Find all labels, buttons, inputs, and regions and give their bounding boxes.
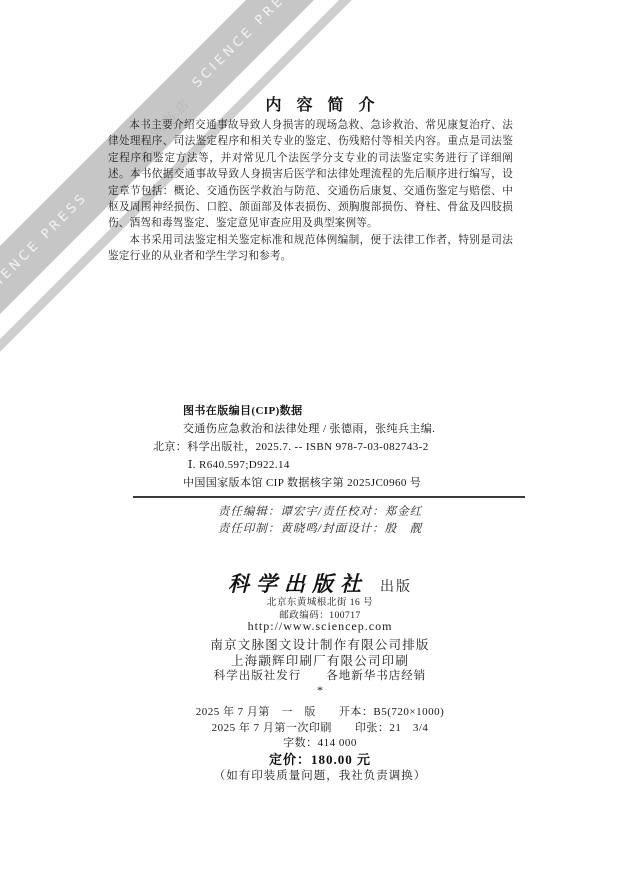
publisher-logo-script: 科学出版社 <box>228 572 368 596</box>
staff-line-print-design: 责任印制：黄晓鸣/封面设计：殷 靓 <box>0 521 640 538</box>
cip-title-line: 交通伤应急救治和法律处理 / 张德雨，张纯兵主编. <box>153 420 533 438</box>
intro-paragraph-2: 本书采用司法鉴定相关鉴定标准和规范体例编制，便于法律工作者，特别是司法鉴定行业的… <box>108 233 513 266</box>
cip-classification-line: Ⅰ. R640.597;D922.14 <box>153 456 533 474</box>
cip-block: 图书在版编目(CIP)数据 交通伤应急救治和法律处理 / 张德雨，张纯兵主编. … <box>153 402 533 492</box>
intro-body: 本书主要介绍交通事故导致人身损害的现场急救、急诊救治、常见康复治疗、法律处理程序… <box>108 118 513 266</box>
staff-line-editors: 责任编辑：谭宏宇/责任校对：郑金红 <box>0 504 640 521</box>
publisher-address: 北京东黄城根北街 16 号 <box>0 594 640 608</box>
science-press-watermark-text: SCIENCE PRESS <box>0 189 91 304</box>
distribution-line: 科学出版社发行 各地新华书店经销 <box>0 667 640 683</box>
edition-line: 2025 年 7 月第 一 版 开本：B5(720×1000) <box>0 703 640 719</box>
publisher-logo-suffix: 出版 <box>380 580 412 595</box>
cip-heading: 图书在版编目(CIP)数据 <box>153 402 533 420</box>
star-divider: * <box>0 683 640 698</box>
cip-record-line: 中国国家版本馆 CIP 数据核字第 2025JC0960 号 <box>153 474 533 492</box>
quality-note: （如有印装质量问题，我社负责调换） <box>0 767 640 783</box>
staff-credits: 责任编辑：谭宏宇/责任校对：郑金红 责任印制：黄晓鸣/封面设计：殷 靓 <box>0 504 640 538</box>
colophon-page: SCIENCE PRESS SCIENCE PRESS 新华书店 内容简介 本书… <box>0 0 640 896</box>
cip-publisher-line: 北京：科学出版社，2025.7. -- ISBN 978-7-03-082743… <box>153 438 533 456</box>
word-count-line: 字数：414 000 <box>0 734 640 750</box>
price-line: 定价：180.00 元 <box>0 749 640 768</box>
intro-title: 内容简介 <box>0 92 640 115</box>
impression-line: 2025 年 7 月第一次印刷 印张：21 3/4 <box>0 719 640 735</box>
publisher-website: http://www.sciencep.com <box>0 619 640 634</box>
cip-divider-rule <box>133 496 525 498</box>
intro-paragraph-1: 本书主要介绍交通事故导致人身损害的现场急救、急诊救治、常见康复治疗、法律处理程序… <box>108 118 513 233</box>
